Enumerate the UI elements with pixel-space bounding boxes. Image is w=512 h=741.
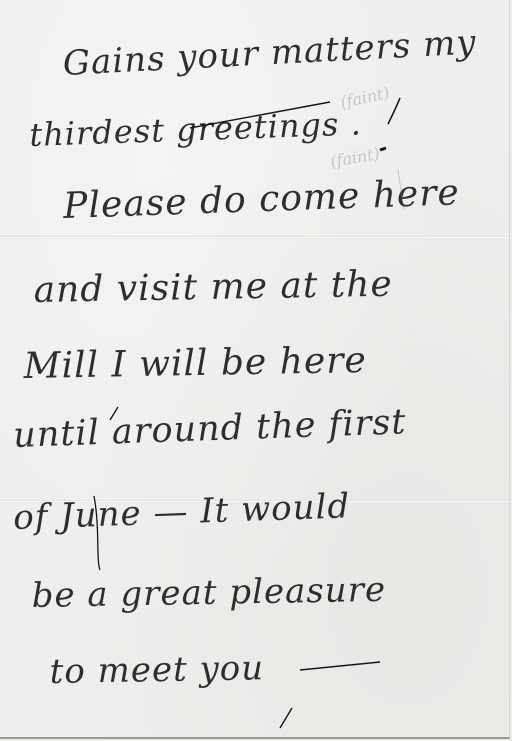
handwritten-line-5: Mill I will be here <box>23 340 367 387</box>
handwritten-line-2: thirdest greetings . <box>29 104 363 154</box>
handwritten-line-7: of June — It would <box>13 486 351 538</box>
handwritten-line-9: to meet you <box>49 648 264 692</box>
handwritten-line-1: Gains your matters my <box>62 22 478 84</box>
fold-line-upper <box>0 236 509 239</box>
handwritten-line-8: be a great pleasure <box>31 570 386 616</box>
letter-page: (faint) (faint) Gains your matters my th… <box>0 0 510 739</box>
handwritten-line-3: Please do come here <box>63 172 461 227</box>
handwritten-line-4: and visit me at the <box>33 264 393 311</box>
pencil-note: (faint) <box>329 144 381 171</box>
handwritten-line-6: until around the first <box>13 402 407 456</box>
